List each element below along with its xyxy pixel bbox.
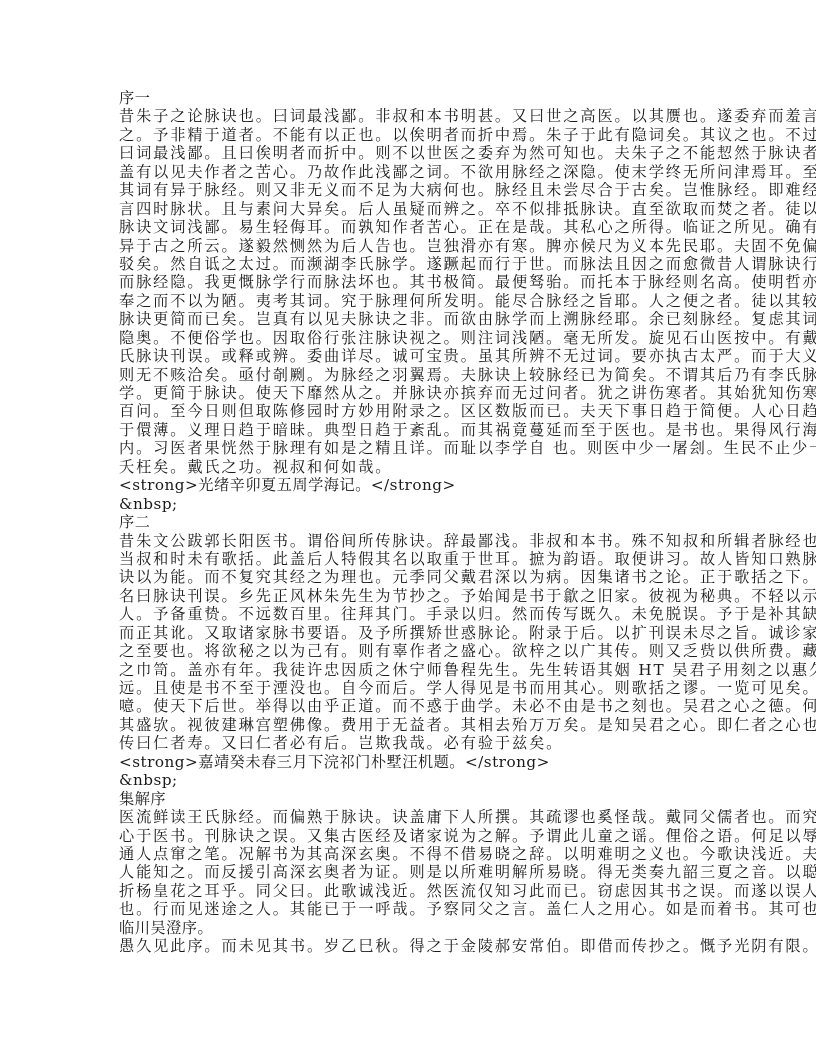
text-line: 人。予备重贽。不远数百里。往拜其门。手录以归。然而传写既久。未免脱误。予于是补其… — [119, 605, 709, 623]
section-signature: <strong>嘉靖癸未春三月下浣祁门朴墅汪机题。</strong> — [119, 753, 709, 771]
section-body: 昔朱文公跋郭长阳医书。谓俗间所传脉诀。辞最鄙浅。非叔和本书。殊不知叔和所辑者脉经… — [119, 532, 709, 753]
trailing-paragraph: 愚久见此序。而未见其书。岁乙巳秋。得之于金陵郝安常伯。即借而传抄之。慨予光阴有限… — [119, 937, 709, 955]
text-line: 其盛欤。视彼建琳宫塑佛像。费用于无益者。其相去殆万万矣。是知吴君之心。即仁者之心… — [119, 716, 709, 734]
section-signature: <strong>光绪辛卯夏五周学海记。</strong> — [119, 476, 709, 494]
text-line: 名曰脉诀刊误。乡先正风林朱先生为节抄之。予始闻是书于歙之旧家。彼视为秘典。不轻以… — [119, 587, 709, 605]
text-line: 夭枉矣。戴氏之功。视叔和何如哉。 — [119, 458, 709, 476]
text-line: 盖有以见夫作者之苦心。乃故作此浅鄙之词。不欲用脉经之深隐。使末学终无所问津焉耳。… — [119, 163, 709, 181]
text-line: 之至要也。将欲秘之以为己有。则有辜作者之盛心。欲梓之以广其传。则又乏赀以供所费。… — [119, 642, 709, 660]
text-line: 噫。使天下后世。举得以由乎正道。而不惑于曲学。未必不由是书之刻也。吴君之心之德。… — [119, 697, 709, 715]
text-line: 心于医书。刊脉诀之误。又集古医经及诸家说为之解。予谓此儿童之谣。俚俗之语。何足以… — [119, 827, 709, 845]
text-line: 也。行而见迷途之人。其能已于一呼哉。予察同父之言。盖仁人之用心。如是而着书。其可… — [119, 900, 709, 918]
text-line: 传曰仁者寿。又曰仁者必有后。岂欺我哉。必有验于兹矣。 — [119, 734, 709, 752]
text-line: 医流鲜读王氏脉经。而偏熟于脉诀。诀盖庸下人所撰。其疏谬也奚怪哉。戴同父儒者也。而… — [119, 808, 709, 826]
text-line: 而脉经隐。我更慨脉学行而脉法坏也。其书极简。最便驽骀。而托本于脉经则名高。使明哲… — [119, 273, 709, 291]
spacer-entity: &nbsp; — [119, 771, 709, 789]
section-body: 昔朱子之论脉诀也。曰词最浅鄙。非叔和本书明甚。又曰世之高医。以其赝也。遂委弃而羞… — [119, 107, 709, 476]
text-line: 通人点窜之笔。况解书为其高深玄奥。不得不借易晓之辞。以明难明之义也。今歌诀浅近。… — [119, 845, 709, 863]
text-line: 驳矣。然自诋之太过。而濒湖李氏脉学。遂蹶起而行于世。而脉法且因之而愈微昔人谓脉诀… — [119, 255, 709, 273]
text-line: 百问。至今日则但取陈修园时方妙用附录之。区区数版而已。夫天下事日趋于简便。人心日… — [119, 402, 709, 420]
text-line: 诀以为能。而不复究其经之为理也。元季同父戴君深以为病。因集诸书之论。正于歌括之下… — [119, 568, 709, 586]
text-line: 于儇薄。义理日趋于暗昧。典型日趋于紊乱。而其祸竟蔓延而至于医也。是书也。果得风行… — [119, 421, 709, 439]
text-line: 之巾笥。盖亦有年。我徒许忠因质之休宁师鲁程先生。先生转语其姻 HT 吴君子用刻之… — [119, 661, 709, 679]
text-line: 奉之而不以为陋。夷考其词。究于脉理何所发明。能尽合脉经之旨耶。人之便之者。徒以其… — [119, 292, 709, 310]
text-line: 昔朱文公跋郭长阳医书。谓俗间所传脉诀。辞最鄙浅。非叔和本书。殊不知叔和所辑者脉经… — [119, 532, 709, 550]
section-preface-1: 序一 昔朱子之论脉诀也。曰词最浅鄙。非叔和本书明甚。又曰世之高医。以其赝也。遂委… — [119, 89, 709, 513]
section-collected-preface: 集解序 医流鲜读王氏脉经。而偏熟于脉诀。诀盖庸下人所撰。其疏谬也奚怪哉。戴同父儒… — [119, 790, 709, 956]
text-line: 当叔和时未有歌括。此盖后人特假其名以取重于世耳。摭为韵语。取便讲习。故人皆知口熟… — [119, 550, 709, 568]
text-line: 远。且使是书不至于湮没也。自今而后。学人得见是书而用其心。则歌括之谬。一览可见矣… — [119, 679, 709, 697]
text-line: 隐奥。不便俗学也。因取俗行张注脉诀视之。则注词浅陋。毫无所发。旋见石山医按中。有… — [119, 329, 709, 347]
text-line: 人能知之。而反援引高深玄奥者为证。则是以所难明解所易晓。得无类奏九韶三夏之音。以… — [119, 863, 709, 881]
section-preface-2: 序二 昔朱文公跋郭长阳医书。谓俗间所传脉诀。辞最鄙浅。非叔和本书。殊不知叔和所辑… — [119, 513, 709, 790]
section-signature: 临川吴澄序。 — [119, 919, 709, 937]
text-line: 氏脉诀刊误。或释或辨。委曲详尽。诚可宝贵。虽其所辨不无过词。要亦执古太严。而于大… — [119, 347, 709, 365]
text-line: 之。予非精于道者。不能有以正也。以俟明者而折中焉。朱子于此有隐词矣。其议之也。不… — [119, 126, 709, 144]
document-page: 序一 昔朱子之论脉诀也。曰词最浅鄙。非叔和本书明甚。又曰世之高医。以其赝也。遂委… — [119, 89, 709, 956]
section-body: 医流鲜读王氏脉经。而偏熟于脉诀。诀盖庸下人所撰。其疏谬也奚怪哉。戴同父儒者也。而… — [119, 808, 709, 919]
section-title: 序一 — [119, 89, 709, 107]
text-line: 言四时脉状。且与素问大异矣。后人虽疑而辨之。卒不似排抵脉诀。直至欲取而焚之者。徒… — [119, 200, 709, 218]
text-line: 学。更简于脉诀。使天下靡然从之。并脉诀亦摈弃而无过问者。犹之讲伤寒者。其始犹知伤… — [119, 384, 709, 402]
text-line: 脉诀更简而已矣。岂真有以见夫脉诀之非。而欲由脉学而上溯脉经耶。余已刻脉经。复虑其… — [119, 310, 709, 328]
section-title: 序二 — [119, 513, 709, 531]
text-line: 内。习医者果恍然于脉理有如是之精且详。而耻以李学自 也。则医中少一屠刽。生民不止… — [119, 439, 709, 457]
text-line: 异于古之所云。遂毅然恻然为后人告也。岂独滑亦有寒。脾亦候尺为义本先民耶。夫固不免… — [119, 237, 709, 255]
text-line: 则无不赅洽矣。亟付剞劂。为脉经之羽翼焉。夫脉诀上较脉经已为简矣。不谓其后乃有李氏… — [119, 366, 709, 384]
section-title: 集解序 — [119, 790, 709, 808]
text-line: 曰词最浅鄙。且曰俟明者而折中。则不以世医之委弃为然可知也。夫朱子之不能恝然于脉诀… — [119, 144, 709, 162]
spacer-entity: &nbsp; — [119, 495, 709, 513]
text-line: 昔朱子之论脉诀也。曰词最浅鄙。非叔和本书明甚。又曰世之高医。以其赝也。遂委弃而羞… — [119, 107, 709, 125]
text-line: 其词有异于脉经。则又非无义而不足为大病何也。脉经且未尝尽合于古矣。岂惟脉经。即难… — [119, 181, 709, 199]
text-line: 折杨皇花之耳乎。同父曰。此歌诚浅近。然医流仅知习此而已。窃虑因其书之误。而遂以误… — [119, 882, 709, 900]
text-line: 脉诀文词浅鄙。易生轻侮耳。而孰知作者苦心。正在是哉。其私心之所得。临证之所见。确… — [119, 218, 709, 236]
text-line: 而正其讹。又取诸家脉书要语。及予所撰矫世惑脉论。附录于后。以扩刊误未尽之旨。诚诊… — [119, 624, 709, 642]
